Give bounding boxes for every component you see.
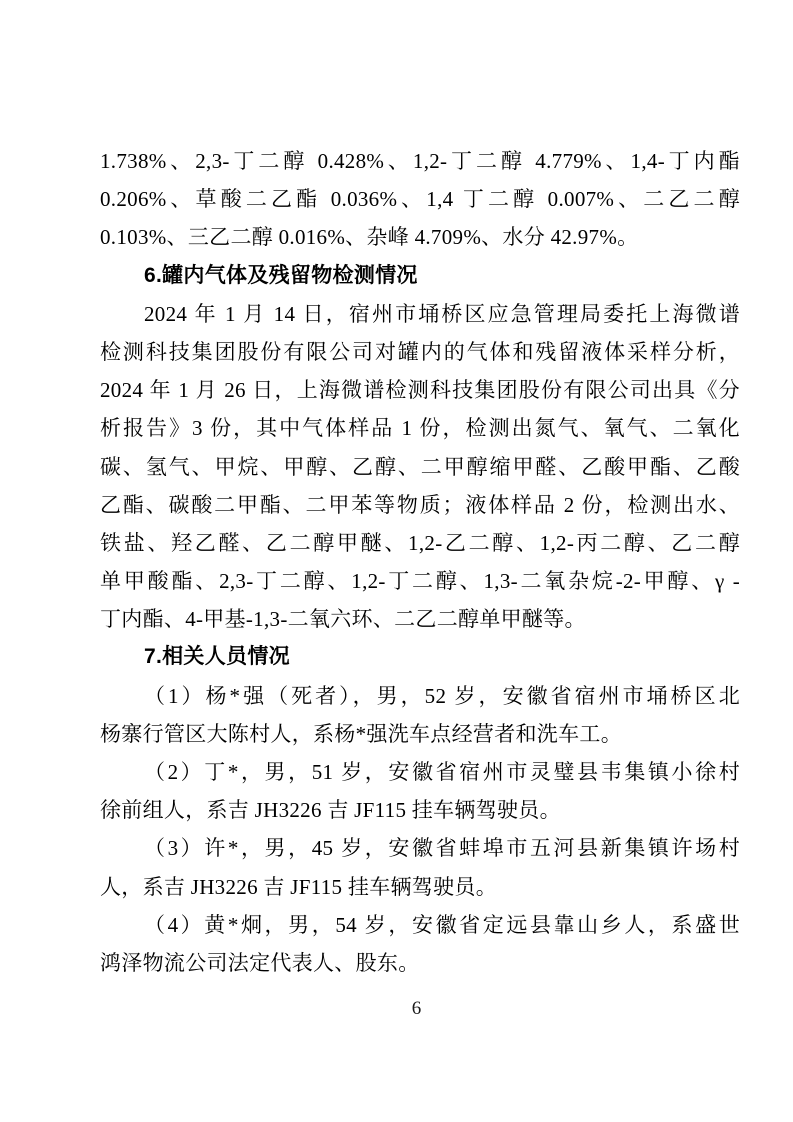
- text-line: 丁内酯、4-甲基-1,3-二氧六环、二乙二醇单甲醚等。: [100, 600, 740, 638]
- text-line: 0.103%、三乙二醇 0.016%、杂峰 4.709%、水分 42.97%。: [100, 218, 740, 256]
- text-line: 单甲酸酯、2,3-丁二醇、1,2-丁二醇、1,3-二氧杂烷-2-甲醇、γ -: [100, 562, 740, 600]
- heading-section-6: 6.罐内气体及残留物检测情况: [100, 257, 740, 295]
- paragraph-person-4: （4）黄*炯，男，54 岁，安徽省定远县靠山乡人，系盛世鸿泽物流公司法定代表人、…: [100, 906, 740, 982]
- text-line: 2024 年 1 月 26 日，上海微谱检测科技集团股份有限公司出具《分: [100, 371, 740, 409]
- paragraph-person-3: （3）许*，男，45 岁，安徽省蚌埠市五河县新集镇许场村人，系吉 JH3226 …: [100, 829, 740, 905]
- text-line: （4）黄*炯，男，54 岁，安徽省定远县靠山乡人，系盛世: [100, 906, 740, 944]
- paragraph-tank-detection: 2024 年 1 月 14 日，宿州市埇桥区应急管理局委托上海微谱检测科技集团股…: [100, 295, 740, 639]
- text-line: 6.罐内气体及残留物检测情况: [100, 257, 740, 295]
- paragraph-person-1: （1）杨*强（死者），男，52 岁，安徽省宿州市埇桥区北杨寨行管区大陈村人，系杨…: [100, 677, 740, 753]
- page-number: 6: [412, 998, 422, 1020]
- text-line: 检测科技集团股份有限公司对罐内的气体和残留液体采样分析，: [100, 333, 740, 371]
- text-line: 乙酯、碳酸二甲酯、二甲苯等物质；液体样品 2 份，检测出水、: [100, 486, 740, 524]
- paragraph-chemical-percentages: 1.738%、2,3-丁二醇 0.428%、1,2-丁二醇 4.779%、1,4…: [100, 142, 740, 257]
- text-line: 杨寨行管区大陈村人，系杨*强洗车点经营者和洗车工。: [100, 715, 740, 753]
- text-line: （2）丁*，男，51 岁，安徽省宿州市灵璧县韦集镇小徐村: [100, 753, 740, 791]
- text-line: （3）许*，男，45 岁，安徽省蚌埠市五河县新集镇许场村: [100, 829, 740, 867]
- text-line: 1.738%、2,3-丁二醇 0.428%、1,2-丁二醇 4.779%、1,4…: [100, 142, 740, 180]
- document-text: 1.738%、2,3-丁二醇 0.428%、1,2-丁二醇 4.779%、1,4…: [100, 142, 740, 982]
- text-line: 2024 年 1 月 14 日，宿州市埇桥区应急管理局委托上海微谱: [100, 295, 740, 333]
- text-line: （1）杨*强（死者），男，52 岁，安徽省宿州市埇桥区北: [100, 677, 740, 715]
- text-line: 碳、氢气、甲烷、甲醇、乙醇、二甲醇缩甲醛、乙酸甲酯、乙酸: [100, 448, 740, 486]
- text-line: 0.206%、草酸二乙酯 0.036%、1,4 丁二醇 0.007%、二乙二醇: [100, 180, 740, 218]
- text-line: 鸿泽物流公司法定代表人、股东。: [100, 944, 740, 982]
- paragraph-person-2: （2）丁*，男，51 岁，安徽省宿州市灵璧县韦集镇小徐村徐前组人，系吉 JH32…: [100, 753, 740, 829]
- text-line: 7.相关人员情况: [100, 638, 740, 676]
- text-line: 析报告》3 份，其中气体样品 1 份，检测出氮气、氧气、二氧化: [100, 409, 740, 447]
- text-line: 徐前组人，系吉 JH3226 吉 JF115 挂车辆驾驶员。: [100, 791, 740, 829]
- text-line: 铁盐、羟乙醛、乙二醇甲醚、1,2-乙二醇、1,2-丙二醇、乙二醇: [100, 524, 740, 562]
- document-page: 1.738%、2,3-丁二醇 0.428%、1,2-丁二醇 4.779%、1,4…: [0, 0, 793, 1122]
- text-line: 人，系吉 JH3226 吉 JF115 挂车辆驾驶员。: [100, 868, 740, 906]
- heading-section-7: 7.相关人员情况: [100, 638, 740, 676]
